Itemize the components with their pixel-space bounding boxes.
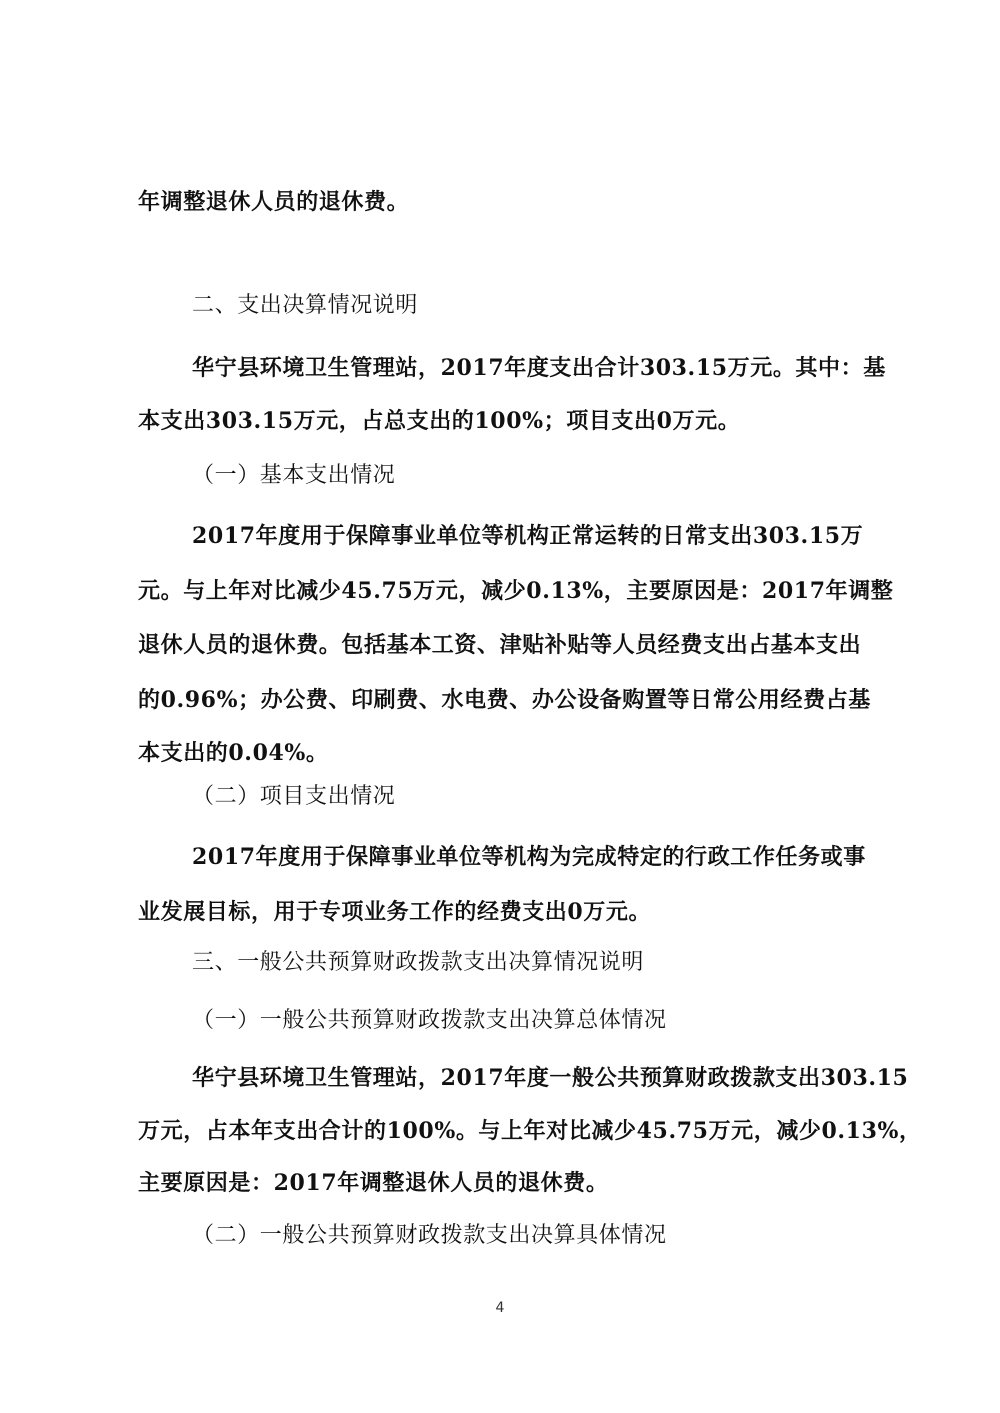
subsection-heading-3-2: （二）一般公共预算财政拨款支出决算具体情况 (192, 1220, 667, 1252)
subsection-heading-3-1: （一）一般公共预算财政拨款支出决算总体情况 (192, 1005, 667, 1037)
paragraph-line: 的0.96%；办公费、印刷费、水电费、办公设备购置等日常公用经费占基 (138, 684, 871, 716)
subsection-heading-2-2: （二）项目支出情况 (192, 781, 395, 813)
paragraph-line: 元。与上年对比减少45.75万元，减少0.13%，主要原因是：2017年调整 (138, 575, 893, 607)
paragraph-line: 业发展目标，用于专项业务工作的经费支出0万元。 (138, 896, 651, 928)
section-heading-3: 三、一般公共预算财政拨款支出决算情况说明 (192, 947, 644, 979)
document-page: 年调整退休人员的退休费。 二、支出决算情况说明 华宁县环境卫生管理站，2017年… (0, 0, 1000, 1413)
subsection-heading-2-1: （一）基本支出情况 (192, 460, 395, 492)
paragraph-line: 退休人员的退休费。包括基本工资、津贴补贴等人员经费支出占基本支出 (138, 629, 861, 661)
paragraph-line: 本支出的0.04%。 (138, 737, 329, 769)
paragraph-line: 2017年度用于保障事业单位等机构正常运转的日常支出303.15万 (192, 520, 863, 552)
paragraph-line: 2017年度用于保障事业单位等机构为完成特定的行政工作任务或事 (192, 841, 866, 873)
paragraph-line: 主要原因是：2017年调整退休人员的退休费。 (138, 1167, 608, 1199)
section-heading-2: 二、支出决算情况说明 (192, 290, 418, 322)
paragraph-line: 万元，占本年支出合计的100%。与上年对比减少45.75万元，减少0.13%， (138, 1115, 922, 1147)
paragraph-line: 华宁县环境卫生管理站，2017年度一般公共预算财政拨款支出303.15 (192, 1062, 908, 1094)
paragraph-line: 本支出303.15万元，占总支出的100%；项目支出0万元。 (138, 405, 740, 437)
paragraph-line: 华宁县环境卫生管理站，2017年度支出合计303.15万元。其中：基 (192, 352, 886, 384)
page-number: 4 (0, 1300, 1000, 1316)
paragraph-line: 年调整退休人员的退休费。 (138, 186, 409, 218)
